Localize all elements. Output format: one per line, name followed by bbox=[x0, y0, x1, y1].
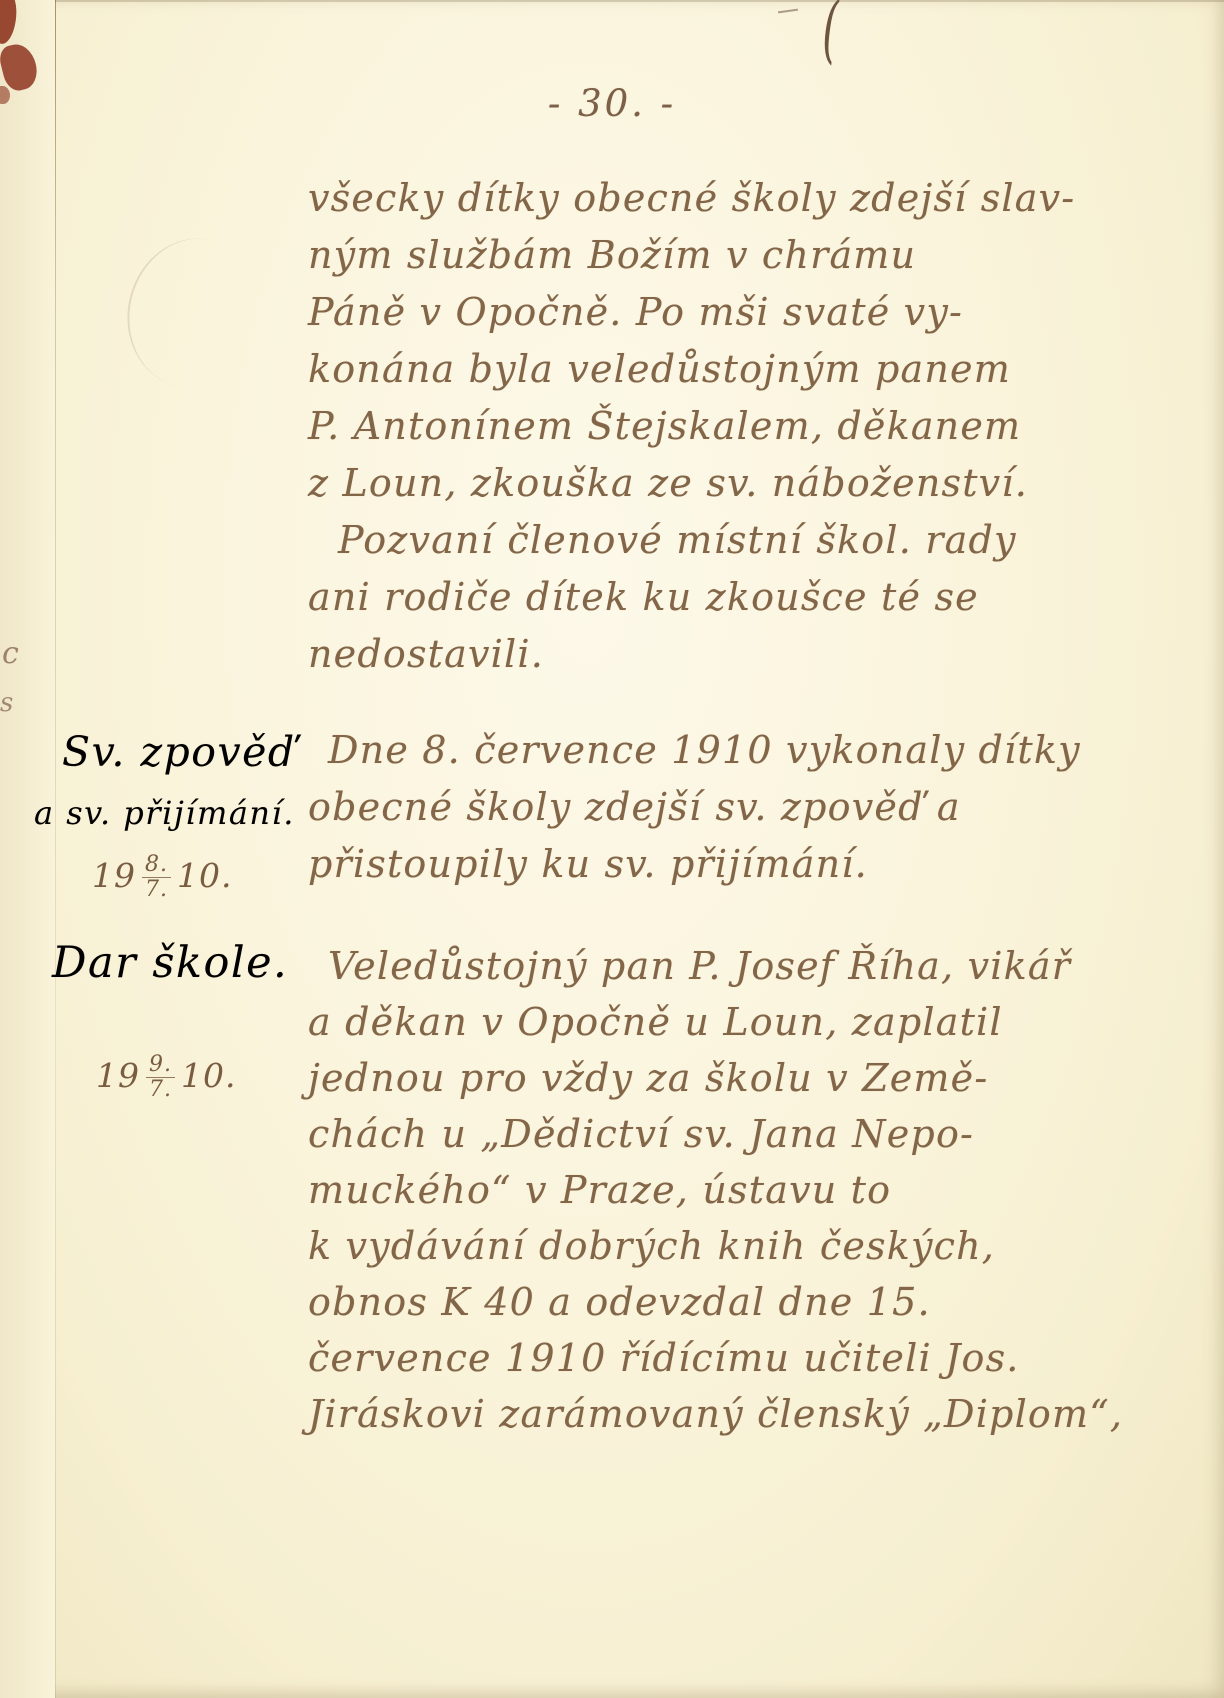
handwritten-line: jednou pro vždy za školu v Země- bbox=[308, 1056, 1123, 1112]
chronicle-page: ( c s - 30. - Sv. zpověď a sv. přijímání… bbox=[0, 0, 1224, 1698]
handwritten-line: nedostavili. bbox=[308, 632, 1075, 689]
handwritten-line: obnos K 40 a odevzdal dne 15. bbox=[308, 1280, 1123, 1336]
handwritten-line: z Loun, zkouška ze sv. náboženství. bbox=[308, 461, 1075, 518]
handwritten-line: Veledůstojný pan P. Josef Říha, vikář bbox=[308, 944, 1123, 1000]
date-day: 8. bbox=[142, 854, 171, 878]
handwritten-line: k vydávání dobrých knih českých, bbox=[308, 1224, 1123, 1280]
paragraph-confession: Dne 8. července 1910 vykonaly dítky obec… bbox=[308, 728, 1081, 899]
margin-note-confession-date: 19 8. 7. 10. bbox=[92, 848, 232, 895]
page-number: - 30. - bbox=[0, 82, 1224, 125]
paragraph-religion-exam: všecky dítky obecné školy zdejší slav- n… bbox=[308, 176, 1075, 689]
handwritten-line: všecky dítky obecné školy zdejší slav- bbox=[308, 176, 1075, 233]
margin-note-confession-line1: Sv. zpověď bbox=[62, 728, 296, 776]
date-year-suffix: 10. bbox=[181, 1056, 236, 1095]
handwritten-line: přistoupily ku sv. přijímání. bbox=[308, 842, 1081, 899]
handwritten-line: Dne 8. července 1910 vykonaly dítky bbox=[308, 728, 1081, 785]
date-day-month-fraction: 8. 7. bbox=[142, 854, 171, 901]
handwritten-line: Páně v Opočně. Po mši svaté vy- bbox=[308, 290, 1075, 347]
margin-note-confession-line2: a sv. přijímání. bbox=[34, 794, 295, 832]
binding-edge-strip bbox=[0, 0, 55, 1698]
page-top-edge bbox=[55, 0, 1224, 2]
date-day: 9. bbox=[146, 1054, 175, 1078]
stray-dash-mark bbox=[778, 9, 798, 14]
margin-note-gift-line1: Dar škole. bbox=[52, 938, 288, 988]
stray-margin-mark: s bbox=[0, 688, 13, 718]
handwritten-line: muckého“ v Praze, ústavu to bbox=[308, 1168, 1123, 1224]
handwritten-line: P. Antonínem Štejskalem, děkanem bbox=[308, 404, 1075, 461]
stray-paren-mark: ( bbox=[822, 0, 840, 72]
date-year-prefix: 19 bbox=[96, 1056, 140, 1095]
handwritten-line: konána byla veledůstojným panem bbox=[308, 347, 1075, 404]
date-year-suffix: 10. bbox=[177, 856, 232, 895]
stray-margin-mark: c bbox=[2, 636, 19, 671]
margin-note-gift-date: 19 9. 7. 10. bbox=[96, 1048, 236, 1095]
handwritten-line: ným službám Božím v chrámu bbox=[308, 233, 1075, 290]
date-month: 7. bbox=[149, 1078, 172, 1101]
handwritten-line: Jiráskovi zarámovaný členský „Diplom“, bbox=[308, 1392, 1123, 1448]
paper-impression-arc bbox=[112, 224, 276, 401]
handwritten-line: a děkan v Opočně u Loun, zaplatil bbox=[308, 1000, 1123, 1056]
paragraph-gift: Veledůstojný pan P. Josef Říha, vikář a … bbox=[308, 944, 1123, 1448]
date-month: 7. bbox=[145, 878, 168, 901]
handwritten-line: obecné školy zdejší sv. zpověď a bbox=[308, 785, 1081, 842]
date-day-month-fraction: 9. 7. bbox=[146, 1054, 175, 1101]
date-year-prefix: 19 bbox=[92, 856, 136, 895]
page-fold-line bbox=[55, 0, 56, 1698]
handwritten-line: července 1910 řídícímu učiteli Jos. bbox=[308, 1336, 1123, 1392]
handwritten-line: Pozvaní členové místní škol. rady bbox=[308, 518, 1075, 575]
handwritten-line: ani rodiče dítek ku zkoušce té se bbox=[308, 575, 1075, 632]
handwritten-line: chách u „Dědictví sv. Jana Nepo- bbox=[308, 1112, 1123, 1168]
